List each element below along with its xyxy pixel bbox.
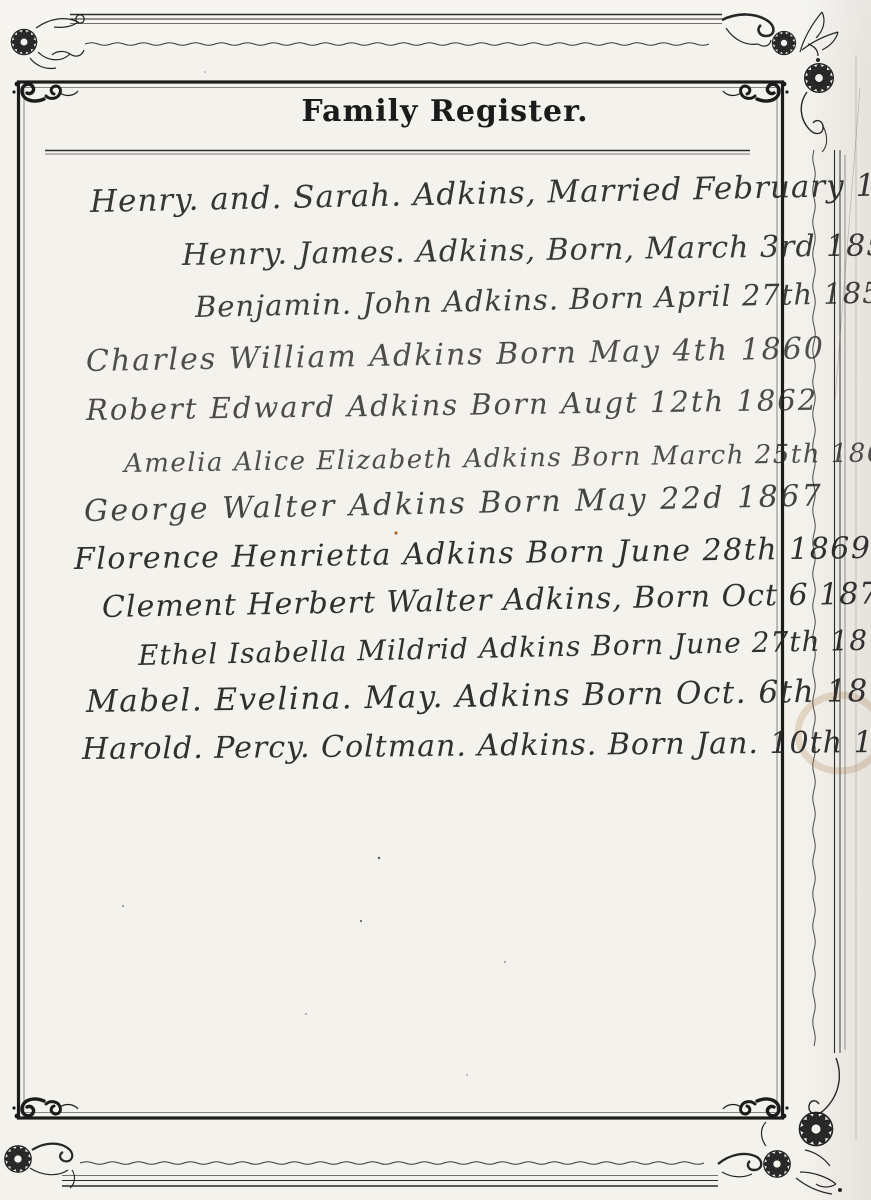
rosette-icon	[764, 1151, 790, 1177]
scroll-flourish-icon	[801, 92, 823, 133]
rosette-icon	[11, 29, 36, 54]
corner-ornament-bottom-right	[718, 1058, 842, 1194]
scroll-flourish-icon	[809, 1058, 839, 1114]
wavy-rule-icon	[85, 43, 709, 46]
rosette-icon	[5, 1146, 31, 1172]
outer-top-rules	[70, 15, 722, 24]
outer-bottom-rules	[62, 1176, 718, 1187]
rosette-icon	[772, 31, 795, 54]
rosette-icon	[800, 1113, 833, 1146]
corner-curl-icon	[12, 82, 78, 101]
leaf-spray-icon	[816, 12, 824, 38]
corner-curl-icon	[723, 82, 789, 101]
rosette-icon	[805, 64, 834, 93]
leaf-spray-icon	[816, 1184, 836, 1187]
leaf-spray-icon	[800, 1172, 836, 1184]
scroll-flourish-icon	[718, 1154, 761, 1170]
family-register-page: Family Register. Henry. and. Sarah. Adki…	[0, 0, 871, 1200]
scroll-flourish-icon	[70, 50, 84, 56]
scroll-flourish-icon	[762, 1122, 767, 1146]
corner-ornament-top-left	[11, 15, 84, 69]
wavy-rule-icon	[80, 1162, 704, 1165]
page-title: Family Register.	[250, 94, 640, 129]
scroll-flourish-icon	[32, 1144, 72, 1162]
scroll-flourish-icon	[722, 1172, 752, 1177]
scroll-flourish-icon	[38, 51, 70, 59]
leaf-spray-icon	[800, 12, 822, 52]
scroll-flourish-icon	[758, 40, 771, 46]
scroll-flourish-icon	[726, 28, 758, 44]
register-entry: Harold. Percy. Coltman. Adkins. Born Jan…	[82, 725, 871, 767]
scroll-flourish-icon	[30, 1168, 68, 1175]
leaf-spray-icon	[805, 1150, 830, 1166]
corner-ornament-bottom-left	[5, 1144, 75, 1188]
title-separator-rule	[45, 151, 750, 155]
leaf-spray-icon	[808, 44, 818, 56]
corner-curl-icon	[723, 1099, 789, 1118]
corner-curl-icon	[12, 1099, 78, 1118]
leaf-spray-icon	[796, 1178, 832, 1194]
